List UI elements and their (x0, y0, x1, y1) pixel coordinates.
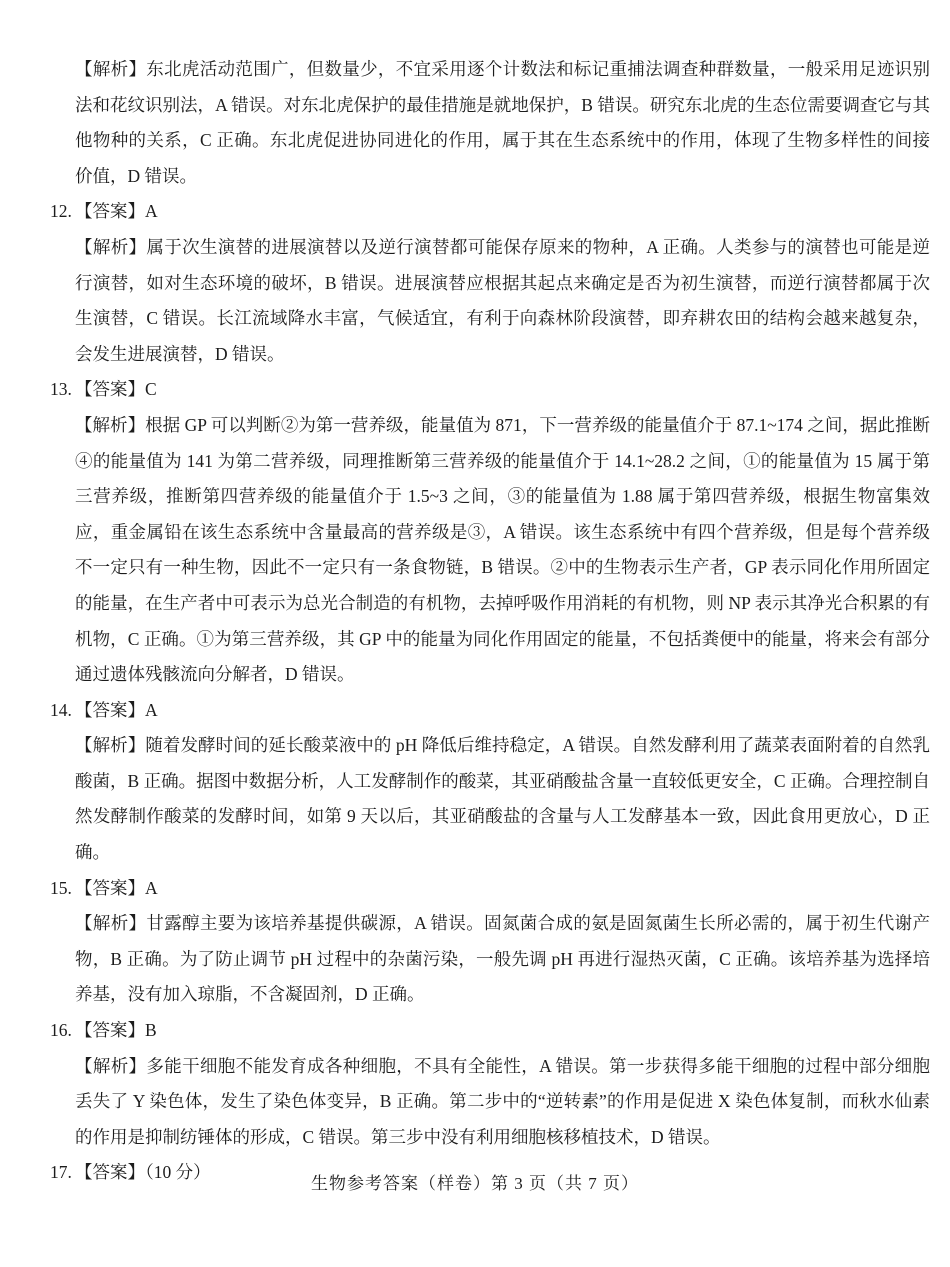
answer-line: 14.【答案】A (50, 693, 930, 729)
answer-line: 16.【答案】B (50, 1013, 930, 1049)
analysis-paragraph: 【解析】东北虎活动范围广，但数量少，不宜采用逐个计数法和标记重捕法调查种群数量，… (50, 52, 930, 194)
answer-item: 13.【答案】C 【解析】根据 GP 可以判断②为第一营养级，能量值为 871，… (50, 372, 930, 692)
analysis-paragraph: 【解析】属于次生演替的进展演替以及逆行演替都可能保存原来的物种，A 正确。人类参… (50, 230, 930, 372)
page-footer: 生物参考答案（样卷）第 3 页（共 7 页） (0, 1172, 950, 1196)
answer-label: 【答案】B (75, 1020, 157, 1040)
item-number: 13. (50, 372, 75, 408)
answer-line: 12.【答案】A (50, 194, 930, 230)
analysis-paragraph: 【解析】甘露醇主要为该培养基提供碳源，A 错误。固氮菌合成的氨是固氮菌生长所必需… (50, 906, 930, 1013)
analysis-paragraph: 【解析】随着发酵时间的延长酸菜液中的 pH 降低后维持稳定，A 错误。自然发酵利… (50, 728, 930, 870)
item-number: 12. (50, 194, 75, 230)
page-content: 【解析】东北虎活动范围广，但数量少，不宜采用逐个计数法和标记重捕法调查种群数量，… (50, 52, 930, 1191)
answer-label: 【答案】A (75, 201, 158, 221)
answer-item: 12.【答案】A 【解析】属于次生演替的进展演替以及逆行演替都可能保存原来的物种… (50, 194, 930, 372)
item-number: 15. (50, 871, 75, 907)
answer-item: 14.【答案】A 【解析】随着发酵时间的延长酸菜液中的 pH 降低后维持稳定，A… (50, 693, 930, 871)
answer-label: 【答案】C (75, 379, 157, 399)
answer-line: 15.【答案】A (50, 871, 930, 907)
analysis-paragraph: 【解析】多能干细胞不能发育成各种细胞，不具有全能性，A 错误。第一步获得多能干细… (50, 1049, 930, 1156)
answer-label: 【答案】A (75, 878, 158, 898)
answer-item: 15.【答案】A 【解析】甘露醇主要为该培养基提供碳源，A 错误。固氮菌合成的氨… (50, 871, 930, 1013)
answer-key-page: 【解析】东北虎活动范围广，但数量少，不宜采用逐个计数法和标记重捕法调查种群数量，… (0, 0, 950, 1267)
answer-line: 13.【答案】C (50, 372, 930, 408)
answer-item: 【解析】东北虎活动范围广，但数量少，不宜采用逐个计数法和标记重捕法调查种群数量，… (50, 52, 930, 194)
answer-label: 【答案】A (75, 700, 158, 720)
answer-item: 16.【答案】B 【解析】多能干细胞不能发育成各种细胞，不具有全能性，A 错误。… (50, 1013, 930, 1155)
analysis-paragraph: 【解析】根据 GP 可以判断②为第一营养级，能量值为 871，下一营养级的能量值… (50, 408, 930, 693)
item-number: 16. (50, 1013, 75, 1049)
item-number: 14. (50, 693, 75, 729)
